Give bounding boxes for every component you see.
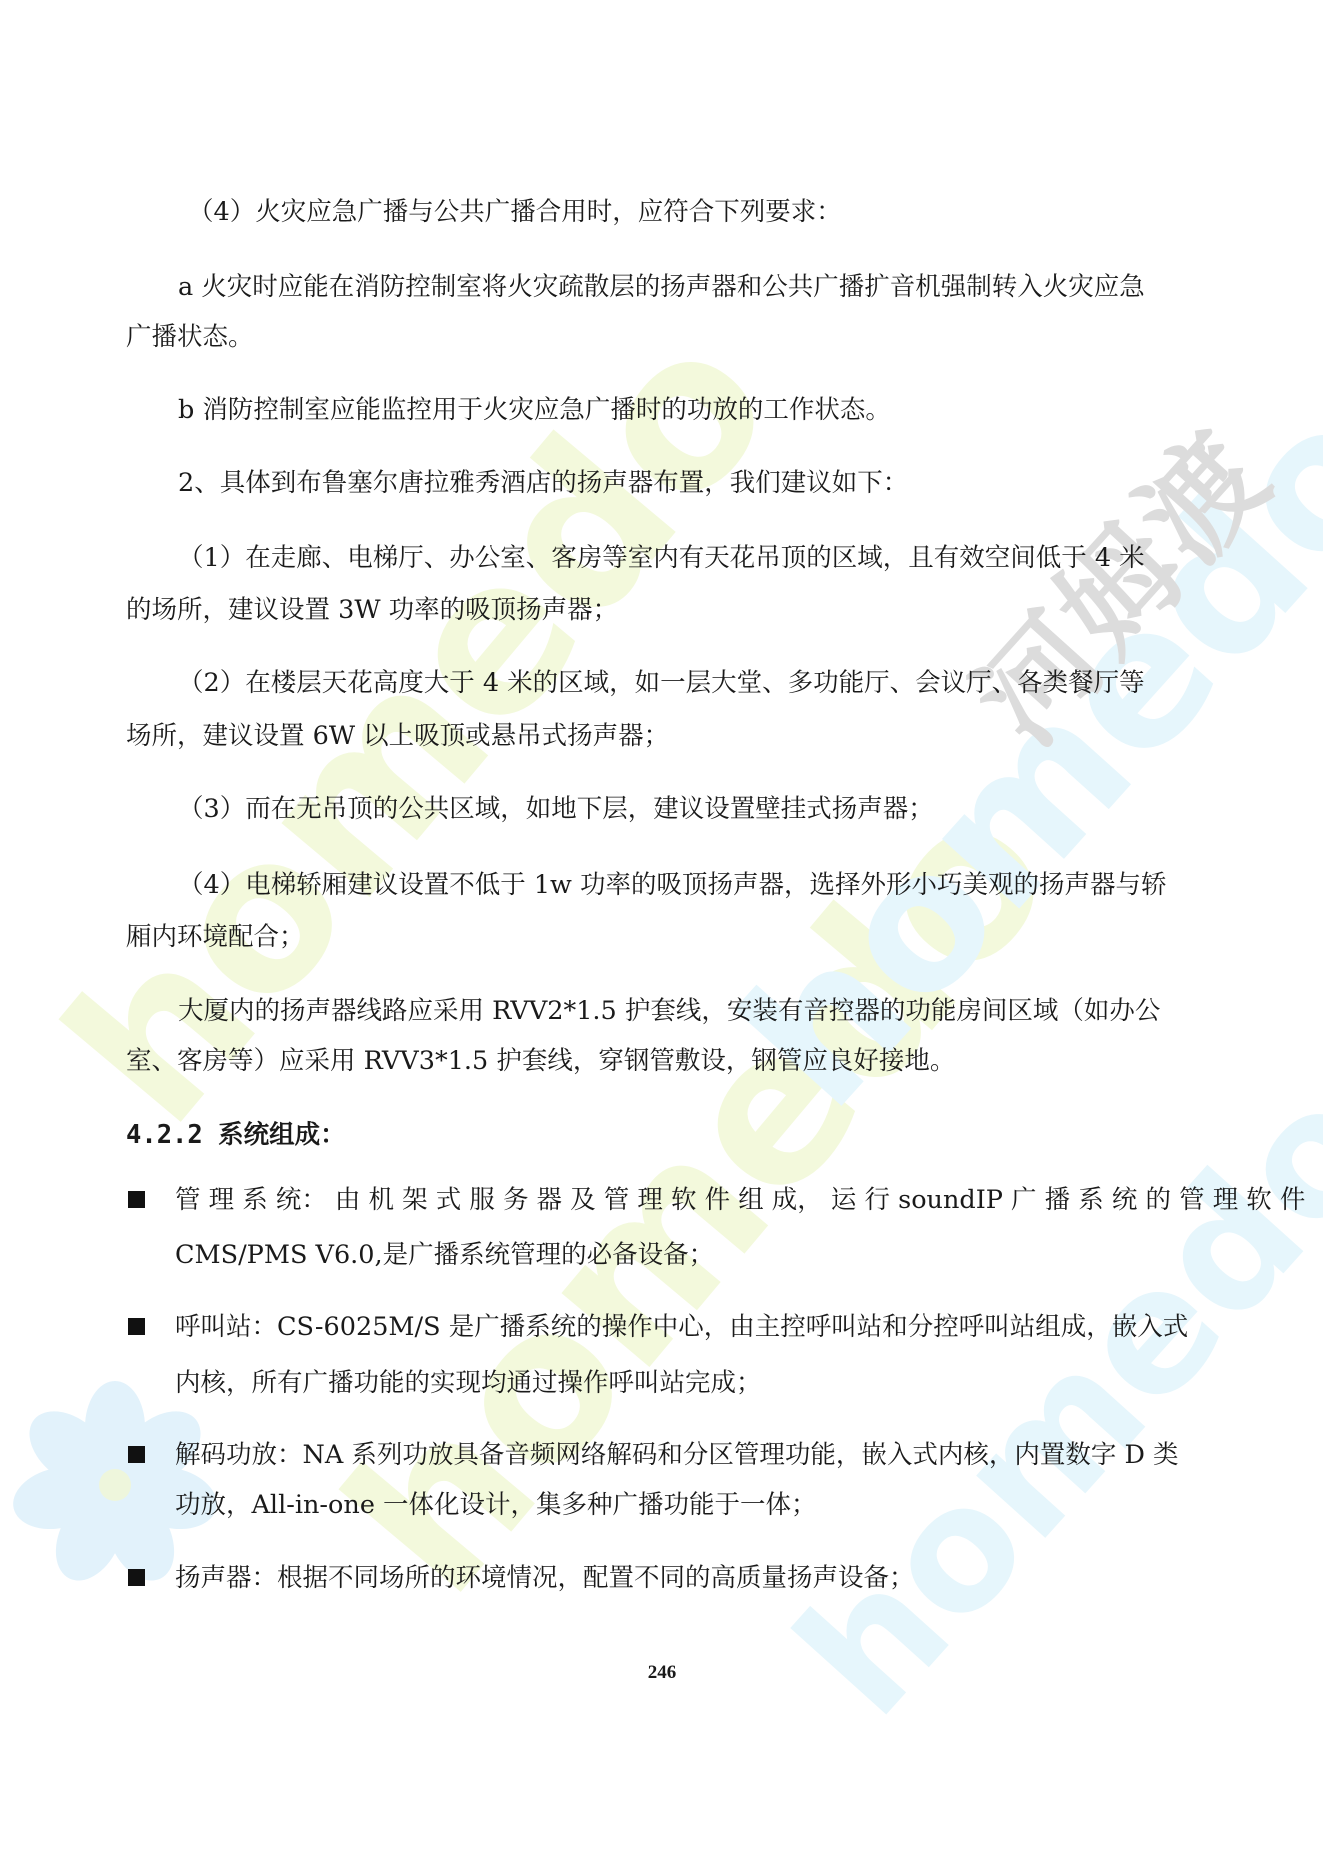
paragraph-item-4-line2: 厢内环境配合； — [126, 922, 305, 952]
bullet-square-icon — [128, 1446, 145, 1463]
bullet-decoder-amplifier-line2: 功放，All-in-one 一体化设计，集多种广播功能于一体； — [175, 1490, 817, 1520]
paragraph-item-1-line1: （1）在走廊、电梯厅、办公室、客房等室内有天花吊顶的区域，且有效空间低于 4 米 — [178, 543, 1145, 573]
paragraph-item-2-line1: （2）在楼层天花高度大于 4 米的区域，如一层大堂、多功能厅、会议厅、各类餐厅等 — [178, 668, 1145, 698]
paragraph-item-a-line1: a 火灾时应能在消防控制室将火灾疏散层的扬声器和公共广播扩音机强制转入火灾应急 — [178, 272, 1145, 302]
paragraph-fire-broadcast-requirements: （4）火灾应急广播与公共广播合用时，应符合下列要求： — [188, 197, 842, 227]
bullet-call-station-line1: 呼叫站：CS-6025M/S 是广播系统的操作中心，由主控呼叫站和分控呼叫站组成… — [175, 1312, 1188, 1342]
bullet-square-icon — [128, 1318, 145, 1335]
bullet-call-station-line2: 内核，所有广播功能的实现均通过操作呼叫站完成； — [175, 1368, 762, 1398]
bullet-management-system-line1: 管 理 系 统： 由 机 架 式 服 务 器 及 管 理 软 件 组 成， 运 … — [175, 1185, 1305, 1215]
paragraph-item-2-line2: 场所，建议设置 6W 以上吸顶或悬吊式扬声器； — [126, 721, 669, 751]
paragraph-speaker-layout-intro: 2、具体到布鲁塞尔唐拉雅秀酒店的扬声器布置，我们建议如下： — [178, 468, 908, 498]
paragraph-item-4-line1: （4）电梯轿厢建议设置不低于 1w 功率的吸顶扬声器，选择外形小巧美观的扬声器与… — [178, 870, 1167, 900]
bullet-square-icon — [128, 1191, 145, 1208]
paragraph-cabling-line2: 室、客房等）应采用 RVV3*1.5 护套线，穿钢管敷设，钢管应良好接地。 — [126, 1046, 955, 1076]
bullet-management-system-line2: CMS/PMS V6.0,是广播系统管理的必备设备； — [175, 1240, 714, 1270]
paragraph-item-3: （3）而在无吊顶的公共区域，如地下层，建议设置壁挂式扬声器； — [178, 794, 934, 824]
paragraph-item-1-line2: 的场所，建议设置 3W 功率的吸顶扬声器； — [126, 595, 618, 625]
paragraph-item-b: b 消防控制室应能监控用于火灾应急广播时的功放的工作状态。 — [178, 395, 891, 425]
paragraph-item-a-line2: 广播状态。 — [126, 322, 254, 352]
paragraph-cabling-line1: 大厦内的扬声器线路应采用 RVV2*1.5 护套线，安装有音控器的功能房间区域（… — [178, 996, 1160, 1026]
bullet-square-icon — [128, 1569, 145, 1586]
page-number: 246 — [640, 1662, 684, 1684]
bullet-decoder-amplifier-line1: 解码功放：NA 系列功放具备音频网络解码和分区管理功能，嵌入式内核，内置数字 D… — [175, 1440, 1179, 1470]
section-heading-system-composition: 4.2.2 系统组成： — [126, 1120, 346, 1150]
bullet-speakers-line1: 扬声器：根据不同场所的环境情况，配置不同的高质量扬声设备； — [175, 1563, 915, 1593]
document-page: （4）火灾应急广播与公共广播合用时，应符合下列要求： a 火灾时应能在消防控制室… — [0, 0, 1323, 1871]
